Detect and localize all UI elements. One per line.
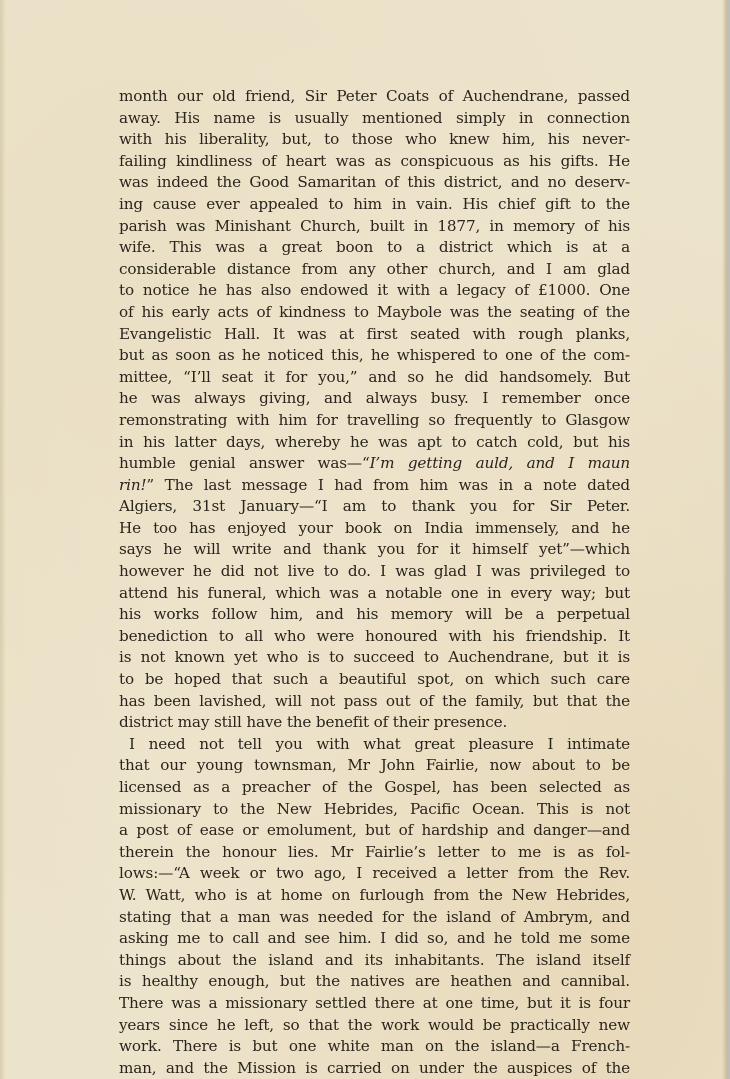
- text-line: failing kindliness of heart was as consp…: [119, 151, 630, 173]
- text-line: has been lavished, will not pass out of …: [119, 691, 630, 713]
- text-line-with-quote: rin!” The last message I had from him wa…: [119, 475, 630, 497]
- text-line: Evangelistic Hall. It was at first seate…: [119, 324, 630, 346]
- text-segment: ” The last message I had from him was in…: [146, 476, 630, 494]
- text-line-first: I need not tell you with what great plea…: [119, 734, 630, 756]
- text-line: was indeed the Good Samaritan of this di…: [119, 172, 630, 194]
- text-line: He too has enjoyed your book on India im…: [119, 518, 630, 540]
- text-line: is not known yet who is to succeed to Au…: [119, 647, 630, 669]
- text-line: W. Watt, who is at home on furlough from…: [119, 885, 630, 907]
- text-line: month our old friend, Sir Peter Coats of…: [119, 86, 630, 108]
- text-line: parish was Minishant Church, built in 18…: [119, 216, 630, 238]
- text-line: remonstrating with him for travelling so…: [119, 410, 630, 432]
- body-text: month our old friend, Sir Peter Coats of…: [119, 86, 630, 1079]
- text-line: that our young townsman, Mr John Fairlie…: [119, 755, 630, 777]
- text-line: is healthy enough, but the natives are h…: [119, 971, 630, 993]
- text-line: mittee, “I’ll seat it for you,” and so h…: [119, 367, 630, 389]
- text-line: stating that a man was needed for the is…: [119, 907, 630, 929]
- text-line: attend his funeral, which was a notable …: [119, 583, 630, 605]
- italic-quote: rin!: [119, 476, 146, 494]
- text-line: Algiers, 31st January—“I am to thank you…: [119, 496, 630, 518]
- text-line-last: district may still have the benefit of t…: [119, 712, 630, 734]
- paragraph-sir-peter-coats: month our old friend, Sir Peter Coats of…: [119, 86, 630, 734]
- text-line: licensed as a preacher of the Gospel, ha…: [119, 777, 630, 799]
- text-line: asking me to call and see him. I did so,…: [119, 928, 630, 950]
- text-line: to be hoped that such a beautiful spot, …: [119, 669, 630, 691]
- text-line: says he will write and thank you for it …: [119, 539, 630, 561]
- text-line: ing cause ever appealed to him in vain. …: [119, 194, 630, 216]
- text-line: years since he left, so that the work wo…: [119, 1015, 630, 1037]
- text-line: missionary to the New Hebrides, Pacific …: [119, 799, 630, 821]
- text-line: considerable distance from any other chu…: [119, 259, 630, 281]
- text-line-with-quote: humble genial answer was—“I’m getting au…: [119, 453, 630, 475]
- text-line: of his early acts of kindness to Maybole…: [119, 302, 630, 324]
- page-edge-left: [0, 0, 6, 1079]
- text-line: he was always giving, and always busy. I…: [119, 388, 630, 410]
- text-line: things about the island and its inhabita…: [119, 950, 630, 972]
- text-line: benediction to all who were honoured wit…: [119, 626, 630, 648]
- scanned-page: month our old friend, Sir Peter Coats of…: [0, 0, 730, 1079]
- text-line: however he did not live to do. I was gla…: [119, 561, 630, 583]
- text-line: a post of ease or emolument, but of hard…: [119, 820, 630, 842]
- text-line: but as soon as he noticed this, he whisp…: [119, 345, 630, 367]
- text-line: to notice he has also endowed it with a …: [119, 280, 630, 302]
- text-line: wife. This was a great boon to a distric…: [119, 237, 630, 259]
- text-line: lows:—“A week or two ago, I received a l…: [119, 863, 630, 885]
- text-line: therein the honour lies. Mr Fairlie’s le…: [119, 842, 630, 864]
- text-segment: humble genial answer was—“: [119, 454, 370, 472]
- page-edge-right: [722, 0, 730, 1079]
- paragraph-john-fairlie: I need not tell you with what great plea…: [119, 734, 630, 1079]
- text-line: his works follow him, and his memory wil…: [119, 604, 630, 626]
- text-line: man, and the Mission is carried on under…: [119, 1058, 630, 1079]
- text-line: work. There is but one white man on the …: [119, 1036, 630, 1058]
- italic-quote: I’m getting auld, and I maun: [370, 454, 630, 472]
- text-line: away. His name is usually mentioned simp…: [119, 108, 630, 130]
- text-line: There was a missionary settled there at …: [119, 993, 630, 1015]
- text-line: in his latter days, whereby he was apt t…: [119, 432, 630, 454]
- text-line: with his liberality, but, to those who k…: [119, 129, 630, 151]
